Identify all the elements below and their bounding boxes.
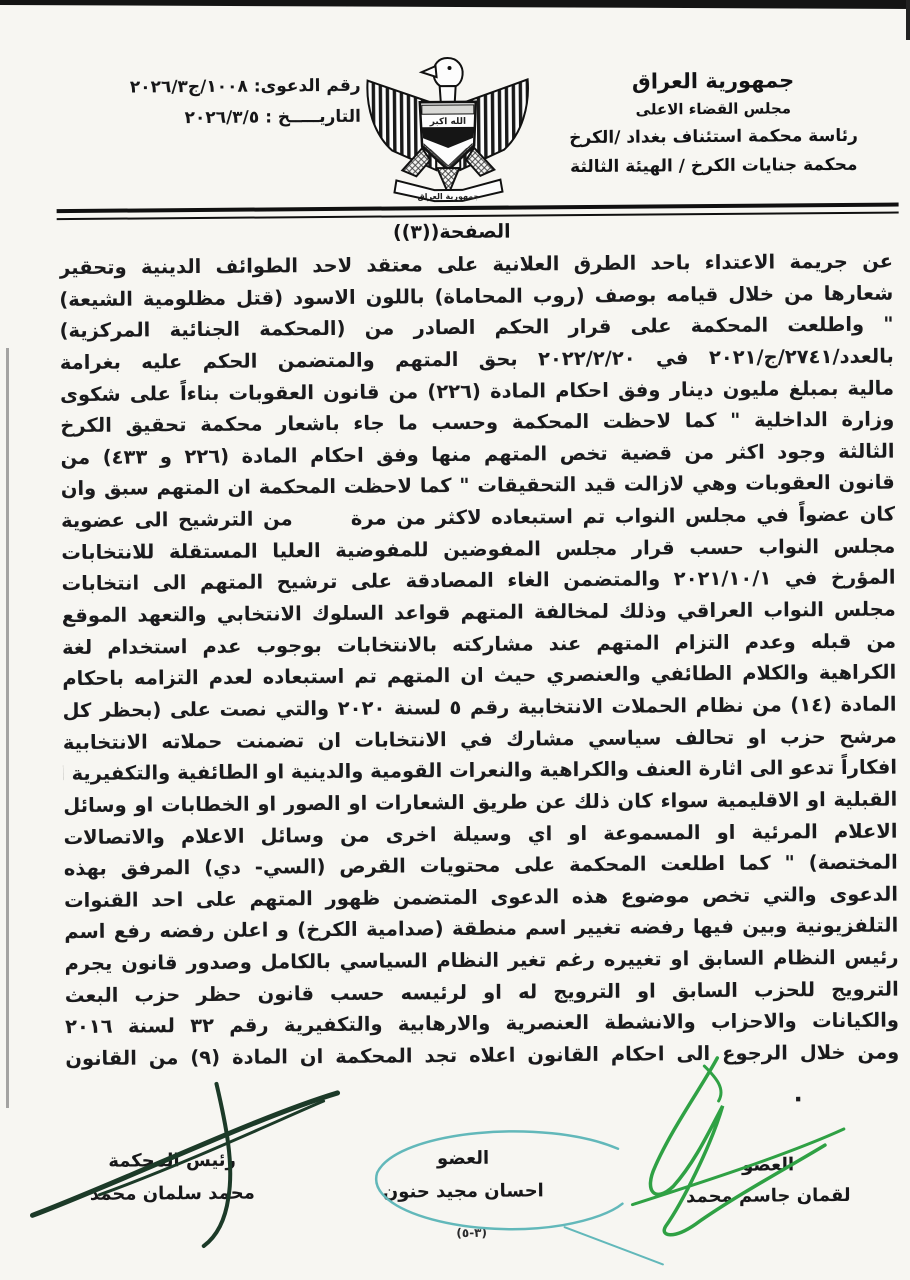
- header-court-block: جمهورية العراق مجلس القضاء الاعلى رئاسة …: [541, 65, 887, 183]
- date-line: التاريـــــخ : ٢٠٢٦/٣/٥: [81, 102, 361, 135]
- document-page: رقم الدعوى: ١٠٠٨/ج٢٠٢٦/٣ التاريـــــخ : …: [0, 0, 910, 1280]
- signature-role: العضو: [374, 1141, 552, 1175]
- signature-name: محمد سلمان محمد: [82, 1177, 262, 1211]
- criminal-court-line: محكمة جنايات الكرخ / الهيئة الثالثة: [541, 151, 886, 183]
- iraq-eagle-emblem-icon: الله اكبر جمهورية العراق: [357, 53, 538, 204]
- appeal-court-line: رئاسة محكمة استئناف بغداد /الكرخ: [541, 122, 886, 154]
- scan-edge-left: [6, 348, 9, 1108]
- header-case-info: رقم الدعوى: ١٠٠٨/ج٢٠٢٦/٣ التاريـــــخ : …: [81, 71, 361, 135]
- council-line: مجلس القضاء الاعلى: [541, 95, 886, 125]
- scanned-court-document: { "document": { "header": { "case_number…: [0, 0, 910, 1280]
- scan-edge-right: [906, 0, 910, 40]
- country-title: جمهورية العراق: [541, 65, 886, 98]
- header-divider: [57, 203, 899, 221]
- body-text: عن جريمة الاعتداء باحد الطرق العلانية عل…: [59, 246, 899, 1075]
- signature-name: لقمان جاسم محمد: [679, 1180, 857, 1212]
- signature-name: احسان مجيد حنون: [374, 1174, 552, 1208]
- signature-block-court-president: رئيس المحكمة محمد سلمان محمد: [82, 1144, 263, 1211]
- emblem-banner-text: جمهورية العراق: [418, 192, 480, 201]
- page-footer-marker: (٣-٥): [417, 1225, 527, 1240]
- closing-period: .: [793, 1079, 802, 1107]
- signature-role: رئيس المحكمة: [82, 1144, 262, 1178]
- signature-block-member-middle: العضو احسان مجيد حنون: [374, 1141, 553, 1208]
- emblem-motto-text: الله اكبر: [429, 117, 466, 127]
- body-line: ومن خلال الرجوع الى احكام القانون اعلاه …: [65, 1037, 899, 1075]
- page-title: الصفحة((٣)): [0, 217, 907, 246]
- signature-role: العضو: [679, 1149, 857, 1181]
- case-number-line: رقم الدعوى: ١٠٠٨/ج٢٠٢٦/٣: [81, 71, 361, 104]
- signature-block-member-right: العضو لقمان جاسم محمد: [679, 1149, 857, 1212]
